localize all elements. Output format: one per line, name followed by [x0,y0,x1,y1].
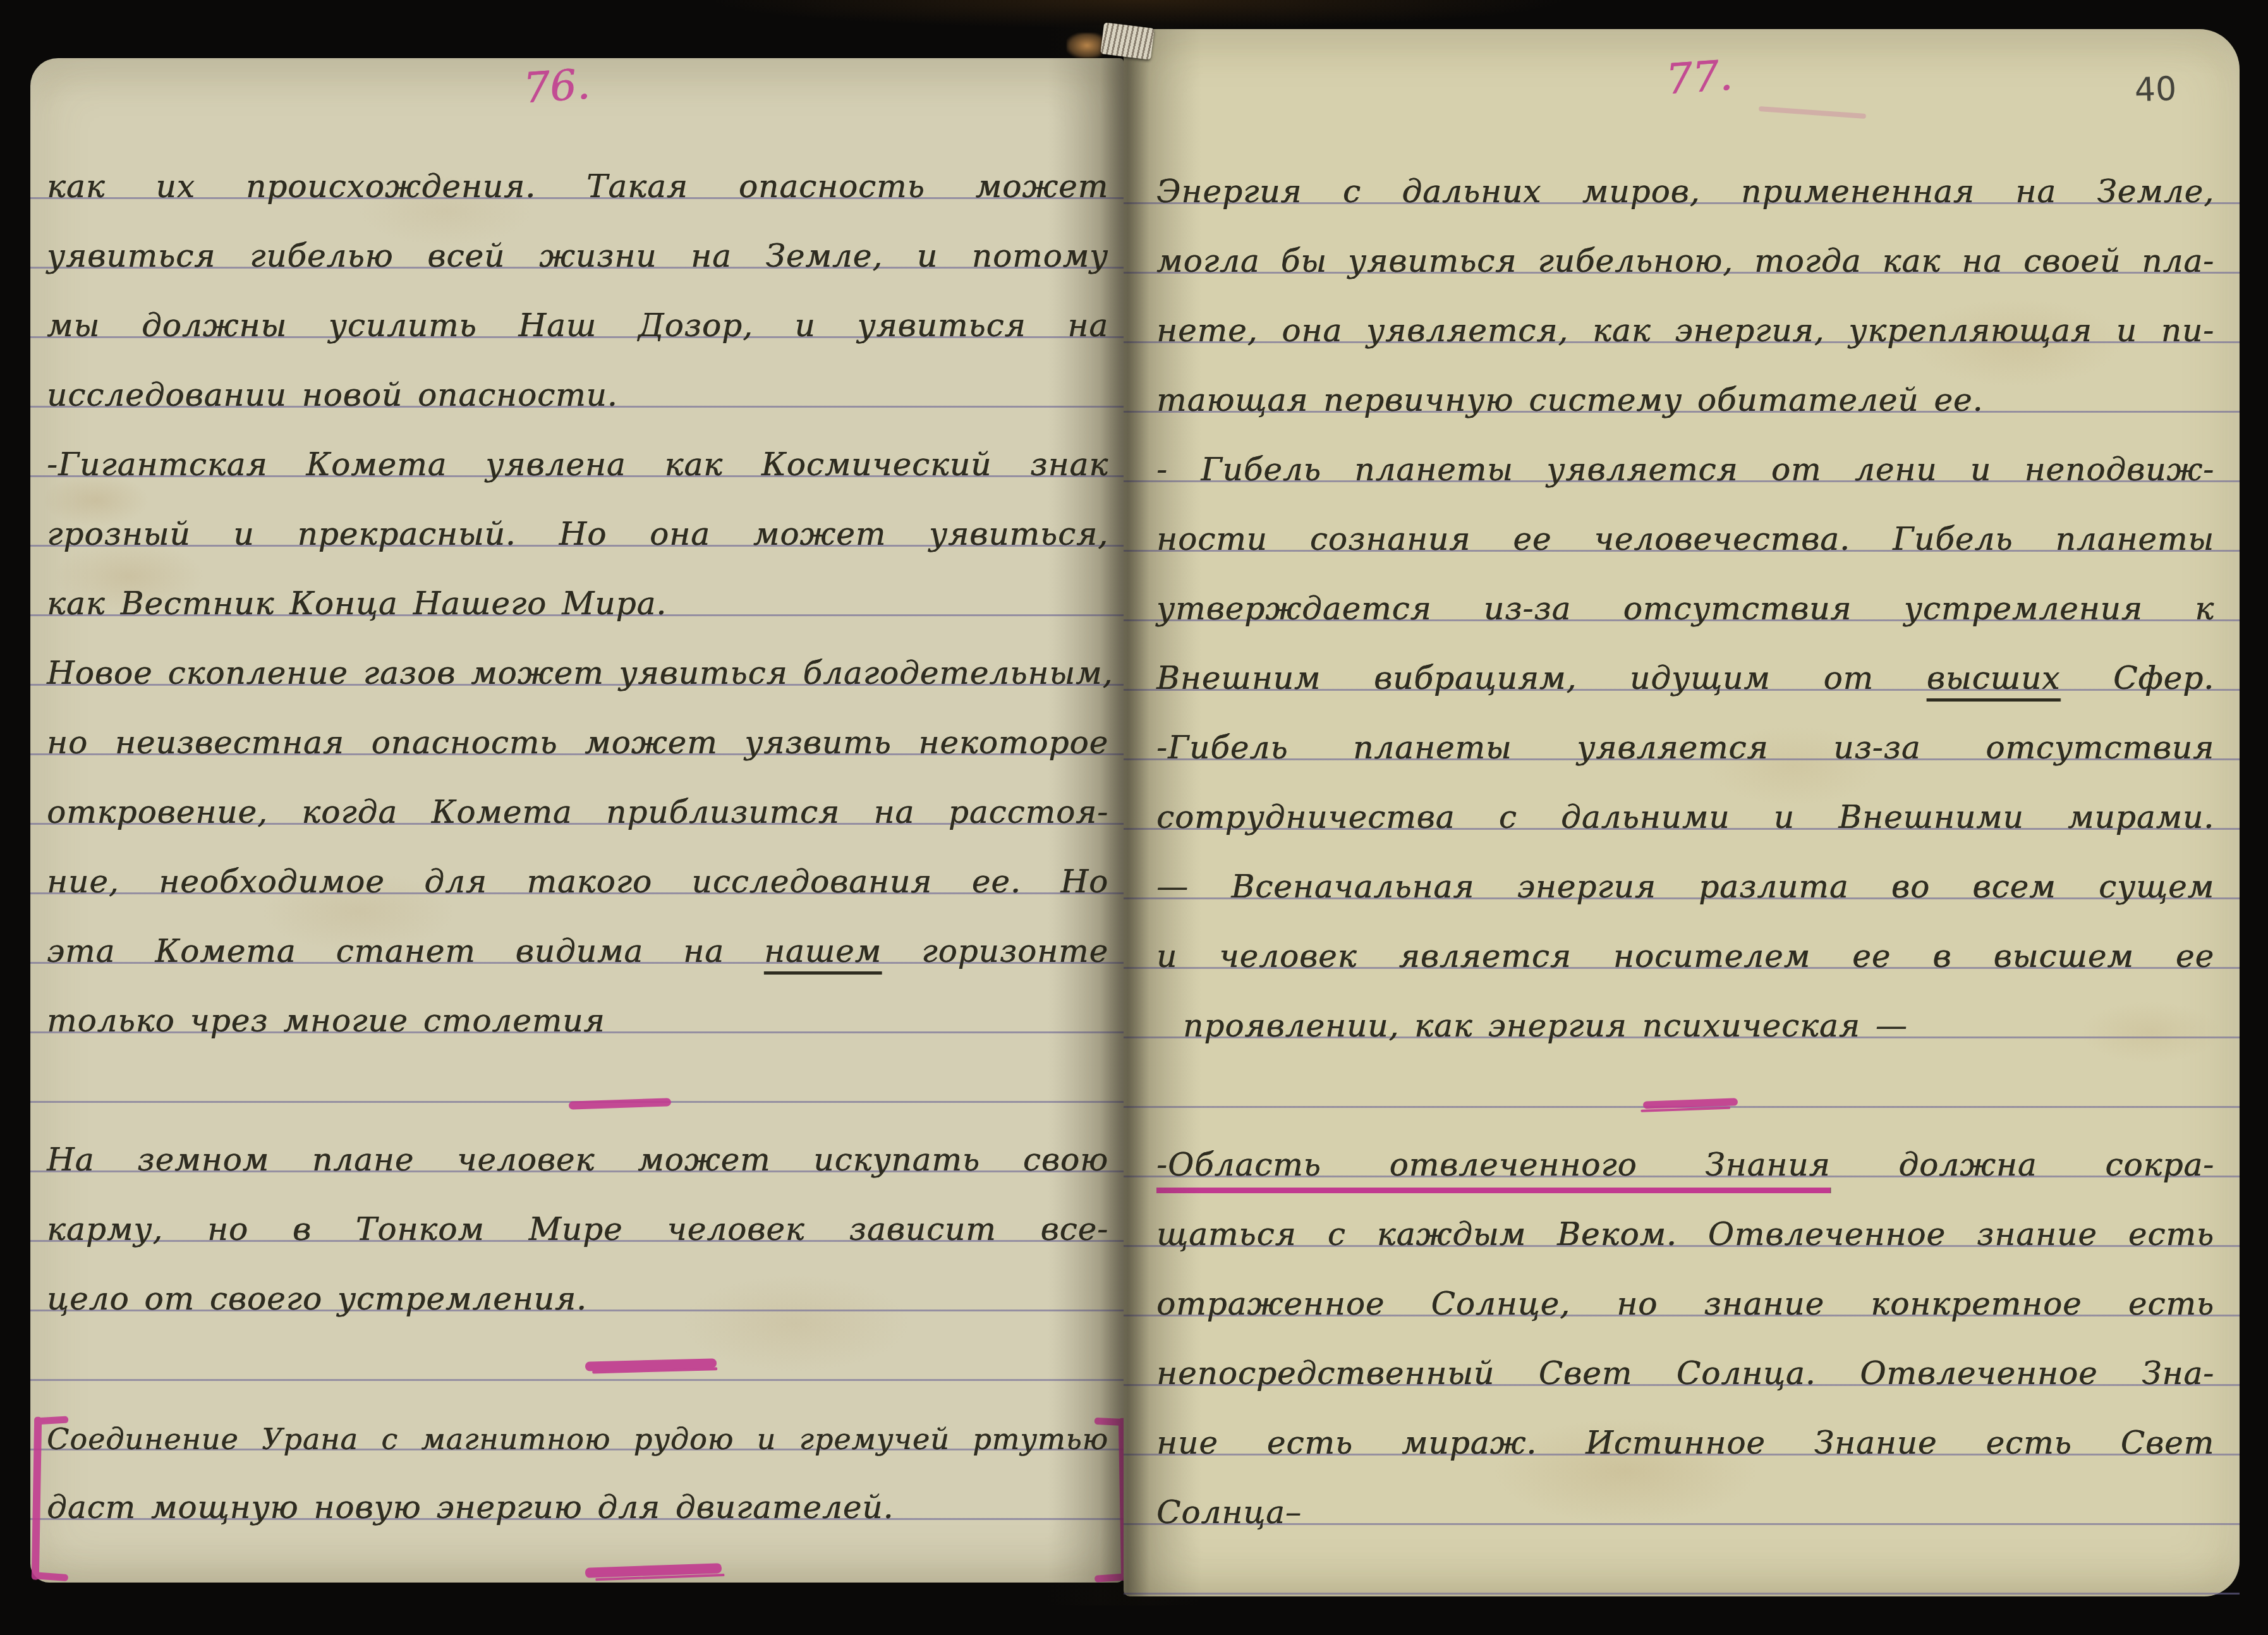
manuscript-line: цело от своего устремления. [47,1240,1108,1310]
line-text: Солнца– [1156,1496,2214,1529]
page-number-right: 77. [1664,51,1733,104]
manuscript-line: могла бы уявиться гибельною, тогда как н… [1156,202,2214,272]
bracket-stroke [1095,1418,1127,1426]
manuscript-line: и человек является носителем ее в высшем… [1156,897,2214,967]
blank-line [1156,1036,2214,1106]
blank-line [47,1310,1108,1379]
manuscript-line: даст мощную новую энергию для двигателей… [47,1449,1108,1518]
bracket-stroke [32,1572,69,1581]
manuscript-line: проявлении, как энергия психическая — [1156,967,2214,1036]
manuscript-line: непосредственный Свет Солнца. Отвлеченно… [1156,1315,2214,1384]
pink-smudge [1759,106,1866,119]
manuscript-line: -Область отвлеченного Знания должна сокр… [1156,1106,2214,1176]
right-page-text: Энергия с дальних миров, примененная на … [1156,133,2214,1523]
left-page: 76. как их происхождения. Такая опасност… [30,58,1124,1583]
manuscript-line: карму, но в Тонком Мире человек зависит … [47,1170,1108,1240]
pink-bracket-open [32,1417,68,1581]
manuscript-line: ние есть мираж. Истинное Знание есть Све… [1156,1384,2214,1454]
manuscript-line: ности сознания ее человечества. Гибель п… [1156,480,2214,550]
corner-number: 40 [2134,70,2177,109]
pink-underline-mark [585,1563,722,1578]
manuscript-line: как их происхождения. Такая опасность мо… [47,128,1108,197]
manuscript-line: уявиться гибелью всей жизни на Земле, и … [47,197,1108,267]
manuscript-line: -Гигантская Комета уявлена как Космическ… [47,406,1108,475]
manuscript-line: тающая первичную систему обитателей ее. [1156,341,2214,411]
manuscript-line: щаться с каждым Веком. Отвлеченное знани… [1156,1176,2214,1245]
manuscript-line: - Гибель планеты уявляется от лени и неп… [1156,411,2214,480]
notebook-spread-photo: 76. как их происхождения. Такая опасност… [0,0,2268,1635]
manuscript-line: нете, она уявляется, как энергия, укрепл… [1156,272,2214,341]
manuscript-line: Внешним вибрациям, идущим от высших Сфер… [1156,619,2214,689]
binding-stitch [1100,22,1154,59]
manuscript-line: мы должны усилить Наш Дозор, и уявиться … [47,267,1108,336]
manuscript-line: откровение, когда Комета приблизится на … [47,753,1108,823]
manuscript-line: только чрез многие столетия [47,962,1108,1031]
manuscript-line: Энергия с дальних миров, примененная на … [1156,133,2214,202]
manuscript-line: утверждается из-за отсутствия устремлени… [1156,550,2214,619]
manuscript-line: эта Комета станет видима на нашем горизо… [47,892,1108,962]
manuscript-line: грозный и прекрасный. Но она может уявит… [47,475,1108,545]
manuscript-line: ние, необходимое для такого исследования… [47,823,1108,892]
bracket-stroke [34,1416,69,1425]
page-number-left: 76. [521,59,591,112]
left-page-text: как их происхождения. Такая опасность мо… [47,128,1108,1518]
right-page: 77. 40 Энергия с дальних миров, применен… [1124,29,2240,1596]
manuscript-line: исследовании новой опасности. [47,336,1108,406]
manuscript-line: Соединение Урана с магнитною рудою и гре… [47,1379,1108,1449]
manuscript-line: На земном плане человек может искупать с… [47,1101,1108,1170]
manuscript-line: Солнца– [1156,1454,2214,1523]
manuscript-line: но неизвестная опасность может уязвить н… [47,684,1108,753]
line-text: даст мощную новую энергию для двигателей… [47,1491,1108,1524]
manuscript-line: как Вестник Конца Нашего Мира. [47,545,1108,614]
manuscript-line: — Всеначальная энергия разлита во всем с… [1156,828,2214,897]
blank-line [47,1031,1108,1101]
manuscript-line: Новое скопление газов может уявиться бла… [47,614,1108,684]
manuscript-line: -Гибель планеты уявляется из-за отсутств… [1156,689,2214,758]
manuscript-line: отраженное Солнце, но знание конкретное … [1156,1245,2214,1315]
manuscript-line: сотрудничества с дальними и Внешними мир… [1156,758,2214,828]
